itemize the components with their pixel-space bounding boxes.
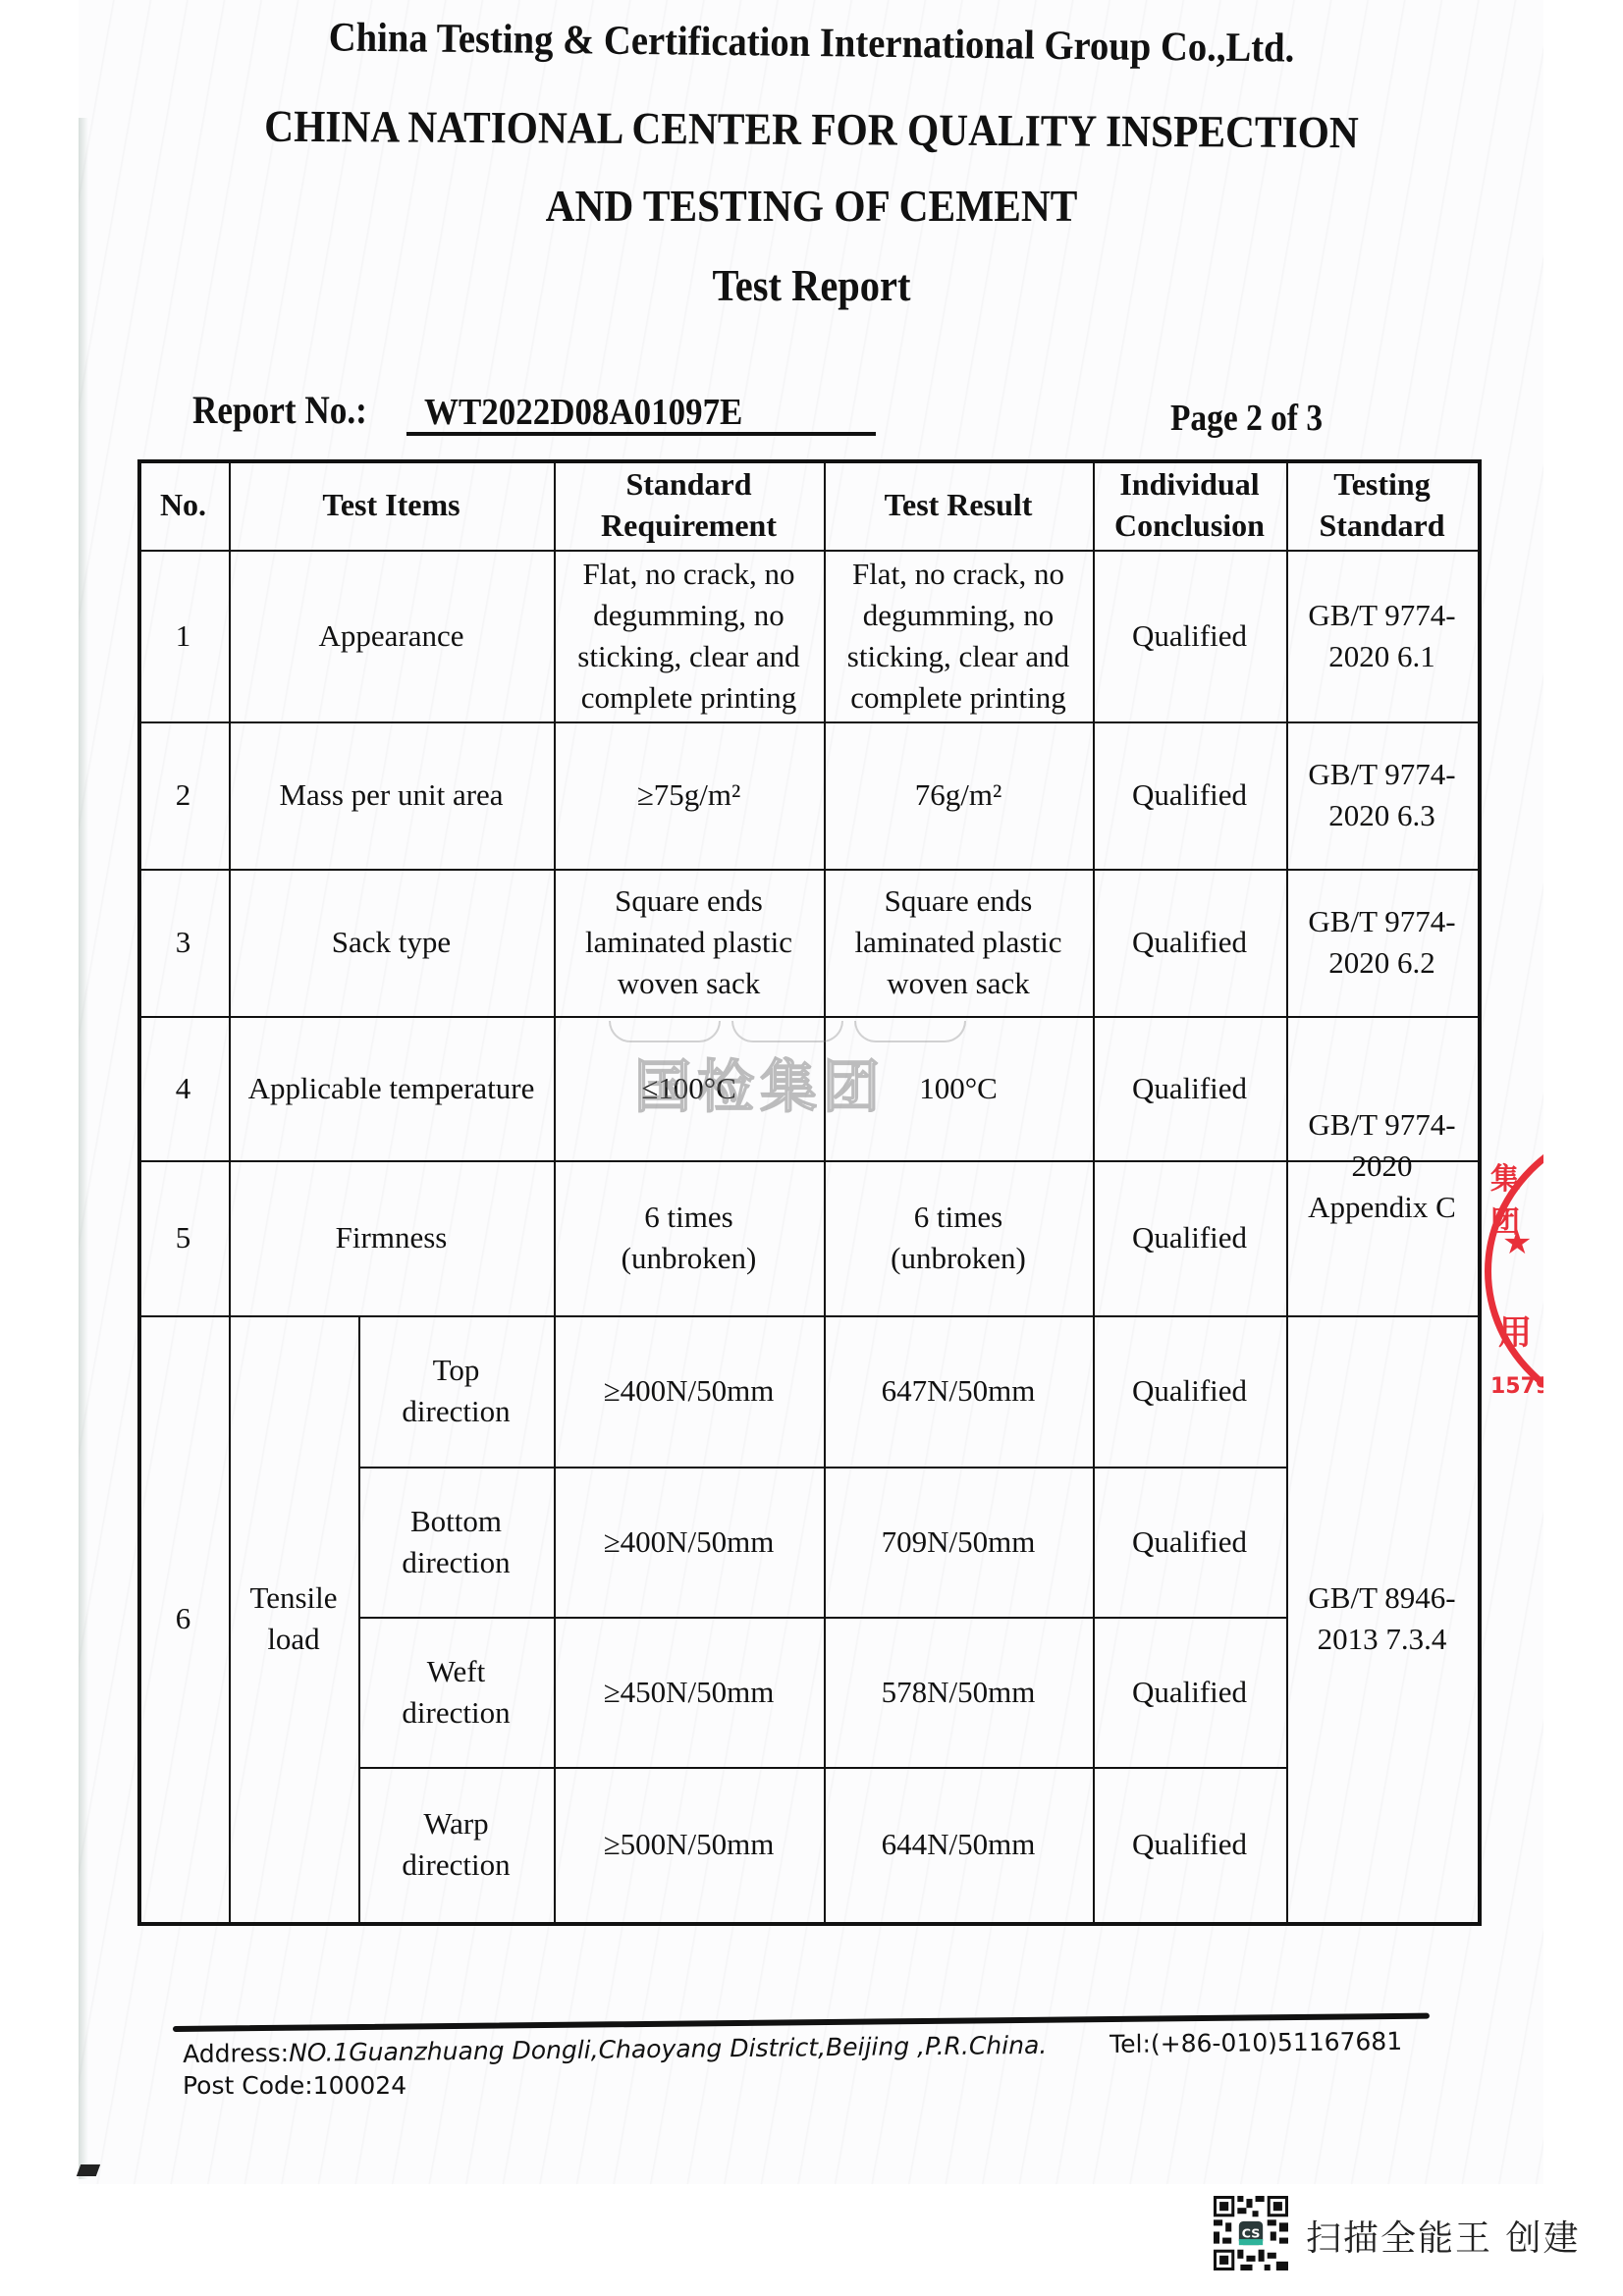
test-result-text: 647N/50mm: [882, 1370, 1036, 1412]
row-no-text: 4: [176, 1068, 191, 1109]
test-result-text: complete printing: [847, 677, 1069, 719]
standard-requirement: Flat, no crack, nodegumming, nosticking,…: [554, 550, 824, 721]
test-item: Mass per unit area: [229, 721, 554, 869]
standard-requirement-text: Flat, no crack, no: [577, 554, 799, 595]
standard-requirement: ≥400N/50mm: [554, 1315, 824, 1467]
test-result: 6 times(unbroken): [824, 1160, 1093, 1315]
row-no-text: 5: [176, 1217, 191, 1258]
column-header-3-text: Test Result: [885, 484, 1033, 525]
column-header-5: TestingStandard: [1286, 459, 1478, 550]
report-number: WT2022D08A01097E: [424, 391, 742, 434]
testing-standard-text: GB/T 8946-: [1308, 1577, 1455, 1619]
center-name-line2: AND TESTING OF CEMENT: [81, 180, 1542, 232]
test-result: Flat, no crack, nodegumming, nosticking,…: [824, 550, 1093, 721]
test-result-text: laminated plastic: [855, 922, 1062, 963]
individual-conclusion-text: Qualified: [1132, 1068, 1247, 1109]
row-no-text: 2: [176, 774, 191, 816]
column-header-1-text: Test Items: [322, 484, 460, 525]
test-result-text: 578N/50mm: [882, 1672, 1036, 1713]
test-result: 709N/50mm: [824, 1467, 1093, 1617]
standard-requirement: ≥450N/50mm: [554, 1617, 824, 1767]
standard-requirement-text: complete printing: [577, 677, 799, 719]
standard-requirement-text: woven sack: [585, 963, 792, 1004]
individual-conclusion-text: Qualified: [1132, 922, 1247, 963]
testing-standard: GB/T 9774-2020 6.2: [1286, 869, 1478, 1016]
test-result: Square endslaminated plasticwoven sack: [824, 869, 1093, 1016]
test-item: Applicable temperature: [229, 1016, 554, 1160]
individual-conclusion: Qualified: [1093, 550, 1286, 721]
test-item: Firmness: [229, 1160, 554, 1315]
standard-requirement-text: degumming, no: [577, 595, 799, 636]
report-number-underline: [406, 432, 876, 436]
paper-edge-shadow: [79, 118, 88, 2179]
column-header-4-text: Conclusion: [1114, 505, 1265, 546]
standard-requirement-text: sticking, clear and: [577, 636, 799, 677]
qr-code-icon: CS: [1214, 2196, 1288, 2270]
table-border-right: [1478, 459, 1482, 1926]
standard-requirement: ≥500N/50mm: [554, 1767, 824, 1922]
watermark-arc: [854, 1021, 966, 1042]
official-seal-stamp: 集团 ★ 用 1579: [1485, 1117, 1543, 1421]
tensile-direction: Topdirection: [358, 1315, 554, 1467]
row-no-text: 1: [176, 615, 191, 657]
tensile-direction-text: Bottom: [402, 1501, 510, 1542]
test-item: Appearance: [229, 550, 554, 721]
test-result: 644N/50mm: [824, 1767, 1093, 1922]
testing-standard: GB/T 9774-2020 6.3: [1286, 721, 1478, 869]
row-no-text: 3: [176, 922, 191, 963]
individual-conclusion: Qualified: [1093, 1767, 1286, 1922]
tensile-direction-text: direction: [402, 1391, 510, 1432]
individual-conclusion: Qualified: [1093, 1467, 1286, 1617]
standard-requirement: Square endslaminated plasticwoven sack: [554, 869, 824, 1016]
standard-requirement: ≥400N/50mm: [554, 1467, 824, 1617]
column-header-0-text: No.: [160, 484, 206, 525]
individual-conclusion: Qualified: [1093, 721, 1286, 869]
page-indicator: Page 2 of 3: [1170, 397, 1323, 440]
testing-standard-text: 2020 6.3: [1308, 795, 1455, 836]
tensile-direction: Warpdirection: [358, 1767, 554, 1922]
report-number-label: Report No.:: [192, 387, 367, 433]
column-header-4-text: Individual: [1114, 463, 1265, 505]
individual-conclusion: Qualified: [1093, 1160, 1286, 1315]
footer-post-code: Post Code:100024: [183, 2071, 406, 2100]
individual-conclusion-text: Qualified: [1132, 1522, 1247, 1563]
testing-standard-merged-text: 2020: [1308, 1146, 1456, 1187]
individual-conclusion: Qualified: [1093, 1617, 1286, 1767]
individual-conclusion: Qualified: [1093, 869, 1286, 1016]
test-result-text: Flat, no crack, no: [847, 554, 1069, 595]
individual-conclusion-text: Qualified: [1132, 1370, 1247, 1412]
test-item-text: Sack type: [332, 922, 451, 963]
test-item-text: Appearance: [318, 615, 463, 657]
standard-requirement-text: ≥500N/50mm: [604, 1824, 775, 1865]
watermark-arc: [731, 1021, 843, 1042]
column-header-4: IndividualConclusion: [1093, 459, 1286, 550]
seal-number: 1579: [1490, 1374, 1543, 1399]
row-no: 3: [137, 869, 229, 1016]
column-header-2-text: Standard: [601, 463, 777, 505]
test-result-text: 709N/50mm: [882, 1522, 1036, 1563]
test-result-text: 100°C: [919, 1068, 998, 1109]
column-header-1: Test Items: [229, 459, 554, 550]
standard-requirement-text: (unbroken): [622, 1238, 757, 1279]
test-item-text: Mass per unit area: [279, 774, 503, 816]
standard-requirement: 6 times(unbroken): [554, 1160, 824, 1315]
column-header-2: StandardRequirement: [554, 459, 824, 550]
testing-standard-merged-text: GB/T 9774-: [1308, 1104, 1456, 1146]
testing-standard-merged: GB/T 9774-2020Appendix C: [1286, 1016, 1478, 1315]
row-no: 1: [137, 550, 229, 721]
row-no: 5: [137, 1160, 229, 1315]
table-border-bottom: [137, 1922, 1482, 1926]
test-result-text: 76g/m²: [915, 774, 1002, 816]
test-result-text: (unbroken): [891, 1238, 1026, 1279]
individual-conclusion-text: Qualified: [1132, 1672, 1247, 1713]
document-title: Test Report: [97, 259, 1526, 311]
test-item: Tensileload: [229, 1315, 358, 1922]
watermark-text: 国检集团: [634, 1041, 886, 1123]
standard-requirement-text: Square ends: [585, 881, 792, 922]
test-item-text: Tensile: [249, 1577, 337, 1619]
seal-text-mid: 用: [1498, 1306, 1532, 1354]
footer-telephone: Tel:(+86-010)51167681: [1109, 2027, 1402, 2058]
testing-standard-text: GB/T 9774-: [1308, 754, 1455, 795]
individual-conclusion-text: Qualified: [1132, 1824, 1247, 1865]
testing-standard-text: GB/T 9774-: [1308, 901, 1455, 942]
svg-text:CS: CS: [1242, 2227, 1261, 2242]
column-header-5-text: Standard: [1319, 505, 1444, 546]
tensile-direction: Bottomdirection: [358, 1467, 554, 1617]
standard-requirement-text: ≥450N/50mm: [604, 1672, 775, 1713]
test-item-text: Applicable temperature: [248, 1068, 535, 1109]
testing-standard-text: 2020 6.1: [1308, 636, 1455, 677]
test-item-text: load: [249, 1619, 337, 1660]
column-header-0: No.: [137, 459, 229, 550]
tensile-direction-text: direction: [402, 1692, 510, 1734]
standard-requirement-text: ≥75g/m²: [637, 774, 741, 816]
standard-requirement-text: laminated plastic: [585, 922, 792, 963]
watermark-arc: [609, 1021, 721, 1042]
individual-conclusion-text: Qualified: [1132, 774, 1247, 816]
row-no: 2: [137, 721, 229, 869]
testing-standard-merged-text: Appendix C: [1308, 1187, 1456, 1228]
standard-requirement-text: 6 times: [622, 1197, 757, 1238]
column-header-5-text: Testing: [1319, 463, 1444, 505]
test-result-text: woven sack: [855, 963, 1062, 1004]
test-result: 647N/50mm: [824, 1315, 1093, 1467]
individual-conclusion-text: Qualified: [1132, 1217, 1247, 1258]
test-result: 578N/50mm: [824, 1617, 1093, 1767]
column-header-2-text: Requirement: [601, 505, 777, 546]
center-name-line1: CHINA NATIONAL CENTER FOR QUALITY INSPEC…: [81, 99, 1542, 160]
test-result-text: 644N/50mm: [882, 1824, 1036, 1865]
testing-standard-text: 2020 6.2: [1308, 942, 1455, 984]
test-result: 76g/m²: [824, 721, 1093, 869]
address-label: Address:: [183, 2039, 289, 2068]
testing-standard-text: GB/T 9774-: [1308, 595, 1455, 636]
tensile-direction-text: Weft: [402, 1651, 510, 1692]
testing-standard-text: 2013 7.3.4: [1308, 1619, 1455, 1660]
row-no-text: 6: [176, 1598, 191, 1639]
test-result-text: 6 times: [891, 1197, 1026, 1238]
tensile-direction-text: direction: [402, 1542, 510, 1583]
tensile-direction-text: direction: [402, 1844, 510, 1886]
column-header-3: Test Result: [824, 459, 1093, 550]
tensile-direction: Weftdirection: [358, 1617, 554, 1767]
row-no: 4: [137, 1016, 229, 1160]
scanner-app-credit: 扫描全能王 创建: [1306, 2211, 1580, 2261]
testing-standard: GB/T 9774-2020 6.1: [1286, 550, 1478, 721]
test-result-text: sticking, clear and: [847, 636, 1069, 677]
test-item: Sack type: [229, 869, 554, 1016]
individual-conclusion-text: Qualified: [1132, 615, 1247, 657]
tensile-direction-text: Top: [402, 1350, 510, 1391]
seal-star-icon: ★: [1502, 1223, 1532, 1262]
individual-conclusion: Qualified: [1093, 1016, 1286, 1160]
individual-conclusion: Qualified: [1093, 1315, 1286, 1467]
testing-standard: GB/T 8946-2013 7.3.4: [1286, 1315, 1478, 1922]
tensile-direction-text: Warp: [402, 1803, 510, 1844]
standard-requirement-text: ≥400N/50mm: [604, 1370, 775, 1412]
test-result-text: degumming, no: [847, 595, 1069, 636]
standard-requirement-text: ≥400N/50mm: [604, 1522, 775, 1563]
standard-requirement: ≥75g/m²: [554, 721, 824, 869]
test-item-text: Firmness: [336, 1217, 448, 1258]
test-result-text: Square ends: [855, 881, 1062, 922]
row-no: 6: [137, 1315, 229, 1922]
